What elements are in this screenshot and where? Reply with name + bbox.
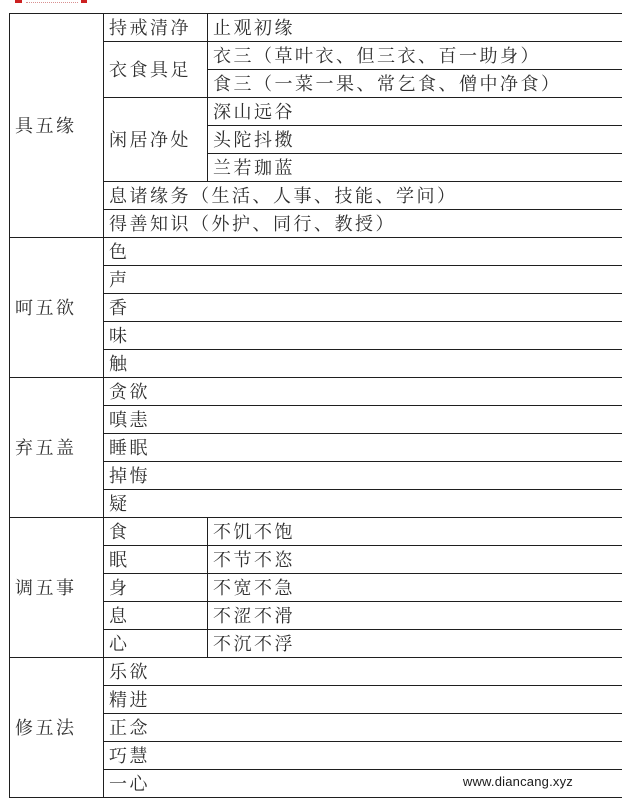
table-cell-detail: 不宽不急 [208, 574, 622, 602]
table-cell-detail: 止观初缘 [208, 14, 622, 42]
table-cell-merged: 巧慧 [104, 742, 622, 770]
table-cell-detail: 不沉不浮 [208, 630, 622, 658]
clipped-red-annotation [0, 0, 200, 5]
table-cell-merged: 香 [104, 294, 622, 322]
table-cell-sub: 息 [104, 602, 208, 630]
table-row: 具五缘 持戒清净 止观初缘 [10, 14, 622, 42]
section-label: 弃五盖 [10, 378, 104, 518]
table-cell-merged: 睡眠 [104, 434, 622, 462]
table-cell-sub: 闲居净处 [104, 98, 208, 182]
table-cell-detail: 不节不恣 [208, 546, 622, 574]
table-row: 调五事 食 不饥不饱 [10, 518, 622, 546]
watermark-url: www.diancang.xyz [0, 774, 612, 789]
table-cell-sub: 身 [104, 574, 208, 602]
table-cell-merged: 贪欲 [104, 378, 622, 406]
table-row: 呵五欲 色 [10, 238, 622, 266]
table-row: 弃五盖 贪欲 [10, 378, 622, 406]
table-cell-detail: 不涩不滑 [208, 602, 622, 630]
table-cell-merged: 疑 [104, 490, 622, 518]
table-cell-detail: 兰若珈蓝 [208, 154, 622, 182]
section-label: 具五缘 [10, 14, 104, 238]
table-cell-merged: 触 [104, 350, 622, 378]
red-text-fragment [15, 0, 22, 3]
table-cell-merged: 息诸缘务（生活、人事、技能、学问） [104, 182, 622, 210]
table-cell-merged: 嗔恚 [104, 406, 622, 434]
table-cell-merged: 声 [104, 266, 622, 294]
table-cell-merged: 乐欲 [104, 658, 622, 686]
document-page: 具五缘 持戒清净 止观初缘 衣食具足 衣三（草叶衣、但三衣、百一助身） 食三（一… [0, 0, 622, 800]
table-cell-detail: 头陀抖擞 [208, 126, 622, 154]
table-cell-merged: 掉悔 [104, 462, 622, 490]
table-cell-merged: 味 [104, 322, 622, 350]
table-cell-merged: 精进 [104, 686, 622, 714]
table-cell-merged: 正念 [104, 714, 622, 742]
red-text-fragment [26, 2, 78, 3]
table-cell-merged: 得善知识（外护、同行、教授） [104, 210, 622, 238]
table-cell-detail: 不饥不饱 [208, 518, 622, 546]
table-cell-sub: 持戒清净 [104, 14, 208, 42]
table-cell-detail: 食三（一菜一果、常乞食、僧中净食） [208, 70, 622, 98]
table-cell-sub: 心 [104, 630, 208, 658]
section-label: 调五事 [10, 518, 104, 658]
table-cell-sub: 食 [104, 518, 208, 546]
section-label: 呵五欲 [10, 238, 104, 378]
meditation-preparation-table: 具五缘 持戒清净 止观初缘 衣食具足 衣三（草叶衣、但三衣、百一助身） 食三（一… [9, 13, 622, 798]
table-cell-detail: 深山远谷 [208, 98, 622, 126]
table-cell-detail: 衣三（草叶衣、但三衣、百一助身） [208, 42, 622, 70]
red-text-fragment [81, 0, 87, 3]
table-cell-merged: 色 [104, 238, 622, 266]
table-cell-sub: 衣食具足 [104, 42, 208, 98]
table-row: 修五法 乐欲 [10, 658, 622, 686]
table-cell-sub: 眠 [104, 546, 208, 574]
